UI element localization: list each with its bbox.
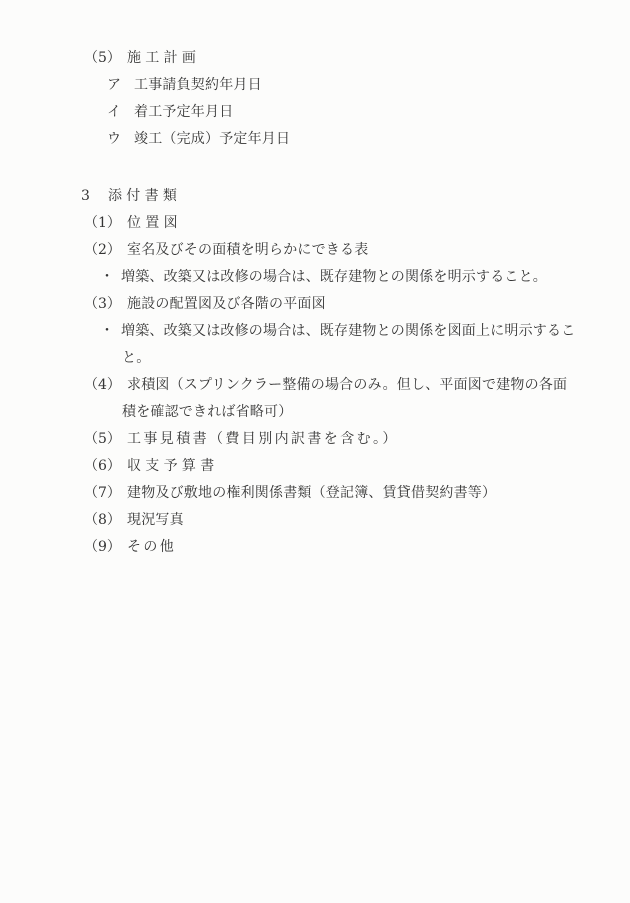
line-item-3-layout-floor-plans: （3）施設の配置図及び各階の平面図 [0, 291, 630, 318]
line-item-7-property-rights-docs: （7）建物及び敷地の権利関係書類（登記簿、賃貸借契約書等） [0, 480, 630, 507]
item-text: 施設の配置図及び各階の平面図 [127, 296, 326, 312]
line-item-5-cost-estimate: （5）工事見積書（費目別内訳書を含む。） [0, 426, 630, 453]
line-bullet-extension-note-1: ・増築、改築又は改修の場合は、既存建物との関係を明示すること。 [0, 264, 630, 291]
line-bullet-extension-note-2: ・増築、改築又は改修の場合は、既存建物との関係を図面上に明示するこ [0, 318, 630, 345]
item-text: 収支予算書 [127, 458, 219, 474]
item-number: （1） [84, 210, 127, 237]
document-page: （5）施工計画 ア工事請負契約年月日 イ着工予定年月日 ウ竣工（完成）予定年月日… [0, 0, 630, 903]
sub-item-letter: ウ [107, 126, 134, 153]
sub-item-text: 工事請負契約年月日 [134, 77, 262, 93]
item-text: 建物及び敷地の権利関係書類（登記簿、賃貸借契約書等） [127, 485, 496, 501]
line-sub-i-start-date: イ着工予定年月日 [0, 99, 630, 126]
item-text: その他 [127, 539, 176, 555]
section-number: 3 [81, 183, 108, 210]
line-item-1-location-map: （1）位置図 [0, 210, 630, 237]
bullet-text: 増築、改築又は改修の場合は、既存建物との関係を明示すること。 [121, 269, 547, 285]
line-item-6-budget: （6）収支予算書 [0, 453, 630, 480]
item-number: （9） [84, 534, 127, 561]
document-body: （5）施工計画 ア工事請負契約年月日 イ着工予定年月日 ウ竣工（完成）予定年月日… [0, 0, 630, 561]
item-number: （8） [84, 507, 127, 534]
line-item-2-room-area-table: （2）室名及びその面積を明らかにできる表 [0, 237, 630, 264]
item-number: （2） [84, 237, 127, 264]
line-section-3-attachments: 3添付書類 [0, 183, 630, 210]
item-number: （5） [84, 426, 127, 453]
continuation-text: と。 [122, 350, 150, 366]
continuation-text: 積を確認できれば省略可） [122, 404, 292, 420]
line-item-5-construction-plan: （5）施工計画 [0, 45, 630, 72]
line-sub-a-contract-date: ア工事請負契約年月日 [0, 72, 630, 99]
line-sub-u-completion-date: ウ竣工（完成）予定年月日 [0, 126, 630, 153]
line-cont-note-2: と。 [0, 345, 630, 372]
item-text: 位置図 [127, 215, 182, 231]
line-item-8-current-photos: （8）現況写真 [0, 507, 630, 534]
bullet-text: 増築、改築又は改修の場合は、既存建物との関係を図面上に明示するこ [121, 323, 575, 339]
item-number: （3） [84, 291, 127, 318]
bullet-dot: ・ [100, 318, 121, 345]
blank-line [0, 153, 630, 183]
line-item-9-others: （9）その他 [0, 534, 630, 561]
item-number: （6） [84, 453, 127, 480]
item-text: 施工計画 [127, 50, 200, 66]
item-text: 室名及びその面積を明らかにできる表 [127, 242, 368, 258]
bullet-dot: ・ [100, 264, 121, 291]
section-title: 添付書類 [108, 188, 181, 204]
sub-item-text: 着工予定年月日 [134, 104, 233, 120]
line-cont-item-4: 積を確認できれば省略可） [0, 399, 630, 426]
item-text: 工事見積書（費目別内訳書を含む。） [127, 431, 399, 447]
sub-item-text: 竣工（完成）予定年月日 [134, 131, 290, 147]
item-number: （4） [84, 372, 127, 399]
item-text: 求積図（スプリンクラー整備の場合のみ。但し、平面図で建物の各面 [127, 377, 567, 393]
item-number: （5） [84, 45, 127, 72]
item-text: 現況写真 [127, 512, 184, 528]
item-number: （7） [84, 480, 127, 507]
sub-item-letter: ア [107, 72, 134, 99]
sub-item-letter: イ [107, 99, 134, 126]
line-item-4-area-calculation: （4）求積図（スプリンクラー整備の場合のみ。但し、平面図で建物の各面 [0, 372, 630, 399]
